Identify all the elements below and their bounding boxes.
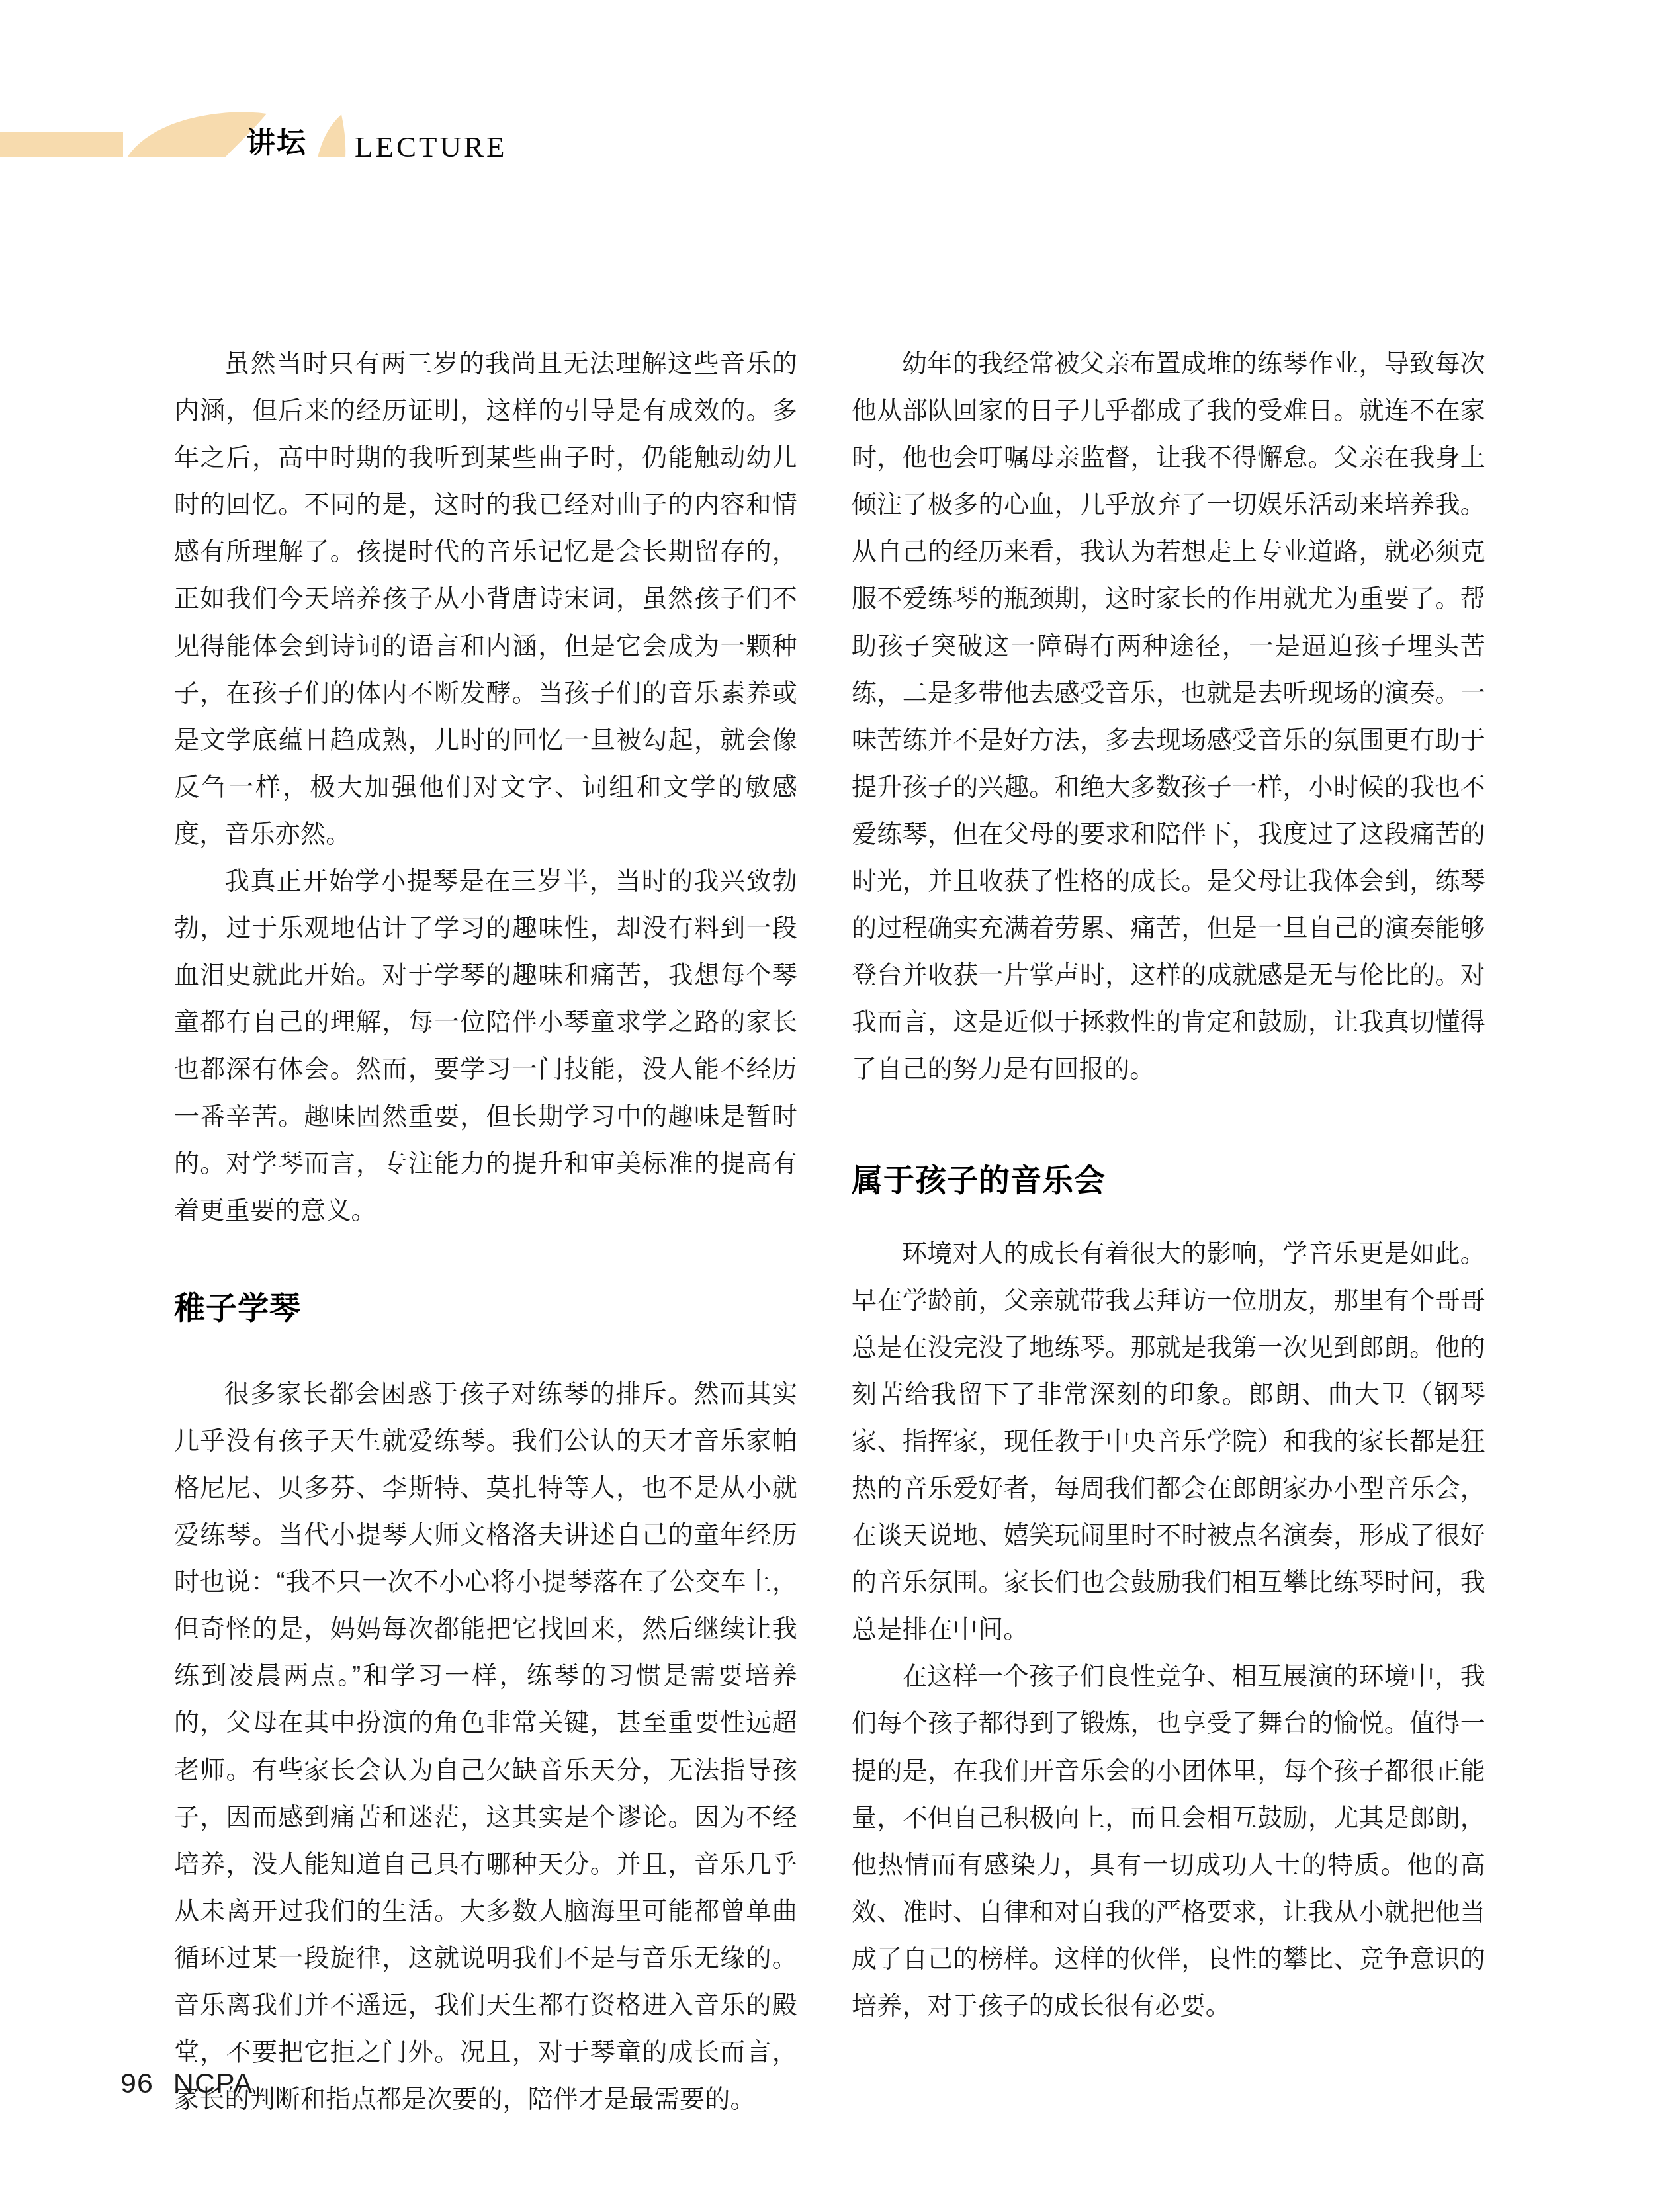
column-title-zh: 讲坛 <box>246 129 307 158</box>
paragraph-healthy-competition: 在这样一个孩子们良性竞争、相互展演的环境中，我们每个孩子都得到了锻炼，也享受了舞… <box>852 1653 1485 2030</box>
paragraph-start-violin: 我真正开始学小提琴是在三岁半，当时的我兴致勃勃，过于乐观地估计了学习的趣味性，却… <box>174 858 797 1235</box>
paragraph-parents-role: 很多家长都会困惑于孩子对练琴的排斥。然而其实几乎没有孩子天生就爱练琴。我们公认的… <box>174 1371 797 2124</box>
paragraph-father-training: 幼年的我经常被父亲布置成堆的练琴作业，导致每次他从部队回家的日子几乎都成了我的受… <box>852 341 1485 1094</box>
left-column: 虽然当时只有两三岁的我尚且无法理解这些音乐的内涵，但后来的经历证明，这样的引导是… <box>174 341 797 2123</box>
header-accent-bar <box>0 132 123 157</box>
header-swoosh-tail-shape <box>318 114 345 157</box>
page-number: 96 <box>120 2070 154 2098</box>
right-column: 幼年的我经常被父亲布置成堆的练琴作业，导致每次他从部队回家的日子几乎都成了我的受… <box>852 341 1485 2030</box>
column-title-en: LECTURE <box>355 132 507 162</box>
paragraph-langlang-salon: 环境对人的成长有着很大的影响，学音乐更是如此。早在学龄前，父亲就带我去拜访一位朋… <box>852 1231 1485 1654</box>
section-heading-child-learning: 稚子学琴 <box>174 1290 797 1327</box>
section-heading-children-concert: 属于孩子的音乐会 <box>852 1162 1485 1199</box>
brand-mark: NCPA <box>173 2070 253 2098</box>
magazine-page: { "page": { "background": "#ffffff", "bo… <box>0 0 1680 2188</box>
paragraph-intro-memory: 虽然当时只有两三岁的我尚且无法理解这些音乐的内涵，但后来的经历证明，这样的引导是… <box>174 341 797 858</box>
page-footer: 96 NCPA <box>120 2070 253 2098</box>
